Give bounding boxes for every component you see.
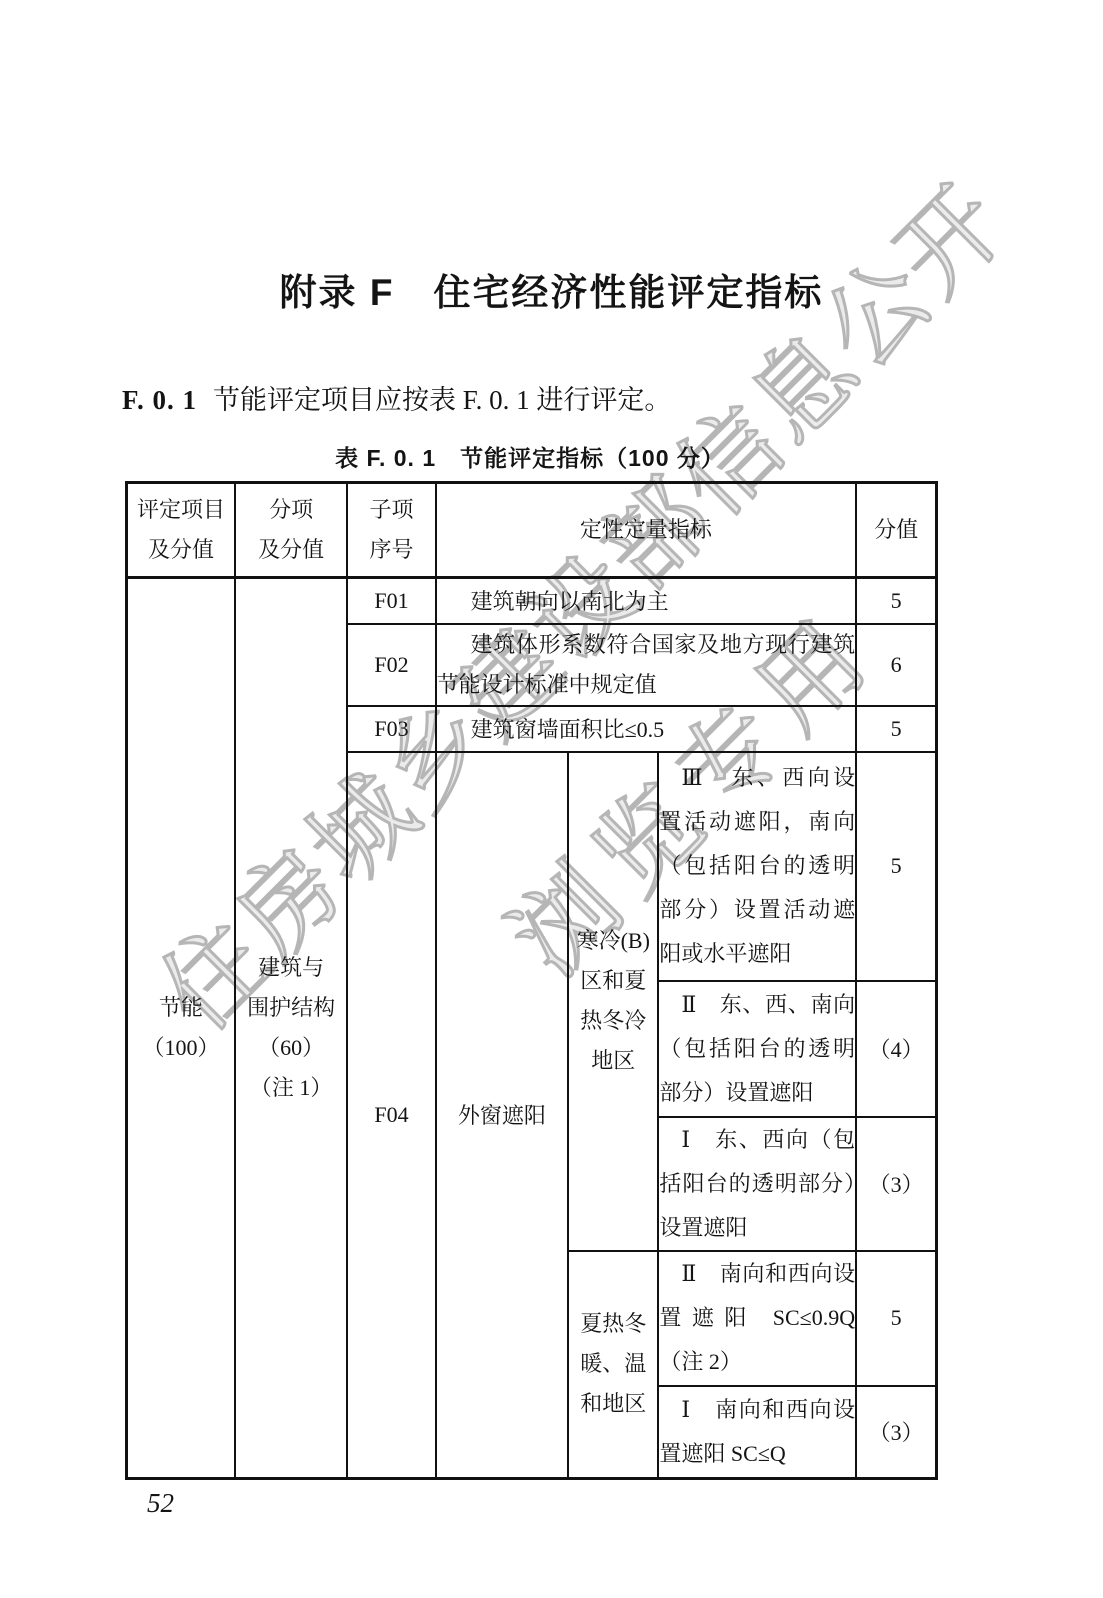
indicator-table: 评定项目 及分值 分项 及分值 子项 序号 定性定量指标 分值 节能 （100）… — [125, 481, 938, 1480]
cell-indicator-f04-zone2-grade2: Ⅱ 南向和西向设置遮阳 SC≤0.9Q（注 2） — [658, 1251, 856, 1386]
cell-indicator-f01: 建筑朝向以南北为主 — [436, 578, 857, 624]
cell-indicator-f04-zone1-grade1: Ⅰ 东、西向（包括阳台的透明部分）设置遮阳 — [658, 1117, 856, 1251]
header-indicator: 定性定量指标 — [436, 483, 857, 578]
cell-score-f02: 6 — [856, 624, 936, 706]
cell-score-f04-zone1-grade3: 5 — [856, 752, 936, 981]
cell-score-f04-zone2-grade1: （3） — [856, 1386, 936, 1479]
cell-code-f02: F02 — [347, 624, 435, 706]
appendix-title: 附录 F 住宅经济性能评定指标 — [0, 262, 1103, 316]
header-subitem-code: 子项 序号 — [347, 483, 435, 578]
cell-code-f03: F03 — [347, 706, 435, 752]
cell-score-f04-zone2-grade2: 5 — [856, 1251, 936, 1386]
cell-code-f01: F01 — [347, 578, 435, 624]
cell-indicator-f04-zone1-grade2: Ⅱ 东、西、南向（包括阳台的透明部分）设置遮阳 — [658, 981, 856, 1117]
cell-code-f04: F04 — [347, 752, 435, 1479]
header-subitem-and-score: 分项 及分值 — [235, 483, 347, 578]
cell-subcategory-envelope: 建筑与 围护结构 （60） （注 1） — [235, 578, 347, 1479]
cell-indicator-f04-zone1-grade3: Ⅲ 东、西向设置活动遮阳，南向（包括阳台的透明部分）设置活动遮阳或水平遮阳 — [658, 752, 856, 981]
cell-f04-name-window-shading: 外窗遮阳 — [436, 752, 568, 1479]
table-row: 节能 （100） 建筑与 围护结构 （60） （注 1） F01 建筑朝向以南北… — [127, 578, 937, 624]
document-page: 住房城乡建设部信息公开 浏览专用 附录 F 住宅经济性能评定指标 F. 0. 1… — [0, 0, 1103, 1598]
cell-score-f04-zone1-grade2: （4） — [856, 981, 936, 1117]
header-score: 分值 — [856, 483, 936, 578]
header-row: 评定项目 及分值 分项 及分值 子项 序号 定性定量指标 分值 — [127, 483, 937, 578]
clause-f-0-1: F. 0. 1节能评定项目应按表 F. 0. 1 进行评定。 — [122, 383, 962, 417]
cell-zone-hot-summer-warm-winter-temperate: 夏热冬 暖、温 和地区 — [568, 1251, 658, 1479]
cell-indicator-f03: 建筑窗墙面积比≤0.5 — [436, 706, 857, 752]
cell-zone-cold-b-hot-summer-cold-winter: 寒冷(B) 区和夏 热冬冷 地区 — [568, 752, 658, 1251]
page-number: 52 — [147, 1488, 174, 1519]
header-item-and-score: 评定项目 及分值 — [127, 483, 235, 578]
table-caption: 表 F. 0. 1 节能评定指标（100 分） — [125, 440, 935, 473]
cell-score-f01: 5 — [856, 578, 936, 624]
cell-indicator-f02: 建筑体形系数符合国家及地方现行建筑节能设计标准中规定值 — [436, 624, 857, 706]
clause-number: F. 0. 1 — [122, 385, 197, 415]
clause-text: 节能评定项目应按表 F. 0. 1 进行评定。 — [213, 385, 671, 415]
cell-indicator-f04-zone2-grade1: Ⅰ 南向和西向设置遮阳 SC≤Q — [658, 1386, 856, 1479]
cell-category-energy-saving: 节能 （100） — [127, 578, 235, 1479]
cell-score-f04-zone1-grade1: （3） — [856, 1117, 936, 1251]
cell-score-f03: 5 — [856, 706, 936, 752]
